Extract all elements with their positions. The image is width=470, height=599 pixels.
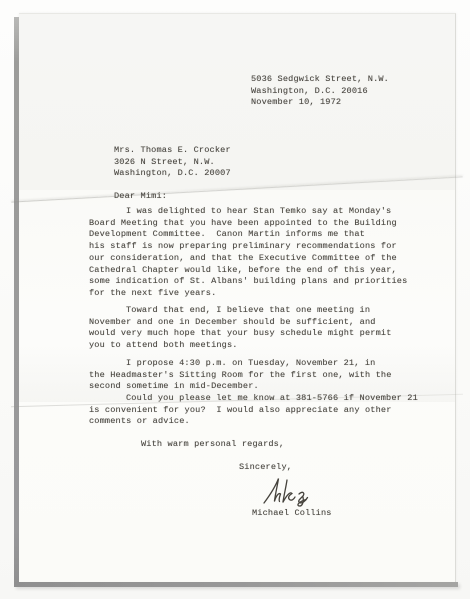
- closing-line: With warm personal regards,: [141, 439, 284, 451]
- paper-top-shading: [19, 14, 455, 190]
- body-paragraph-1: I was delighted to hear Stan Temko say a…: [89, 206, 421, 300]
- sender-address-block: 5036 Sedgwick Street, N.W. Washington, D…: [251, 74, 389, 109]
- recipient-address-block: Mrs. Thomas E. Crocker 3026 N Street, N.…: [114, 145, 231, 180]
- body-paragraph-2: Toward that end, I believe that one meet…: [89, 305, 421, 352]
- paper-bottom-edge: [14, 582, 458, 587]
- salutation: Dear Mimi:: [114, 191, 167, 203]
- letter-paper: 5036 Sedgwick Street, N.W. Washington, D…: [19, 13, 456, 582]
- typed-signature-name: Michael Collins: [252, 508, 332, 520]
- photo-background: { "letter": { "sender_block": "5036 Sedg…: [0, 0, 470, 599]
- paper-left-edge: [14, 17, 19, 587]
- fold-crease-upper: [11, 176, 462, 202]
- handwritten-signature: [262, 476, 320, 508]
- valediction: Sincerely,: [239, 462, 292, 474]
- body-paragraph-4: Could you please let me know at 381-5766…: [89, 393, 421, 428]
- body-paragraph-3: I propose 4:30 p.m. on Tuesday, November…: [89, 358, 421, 393]
